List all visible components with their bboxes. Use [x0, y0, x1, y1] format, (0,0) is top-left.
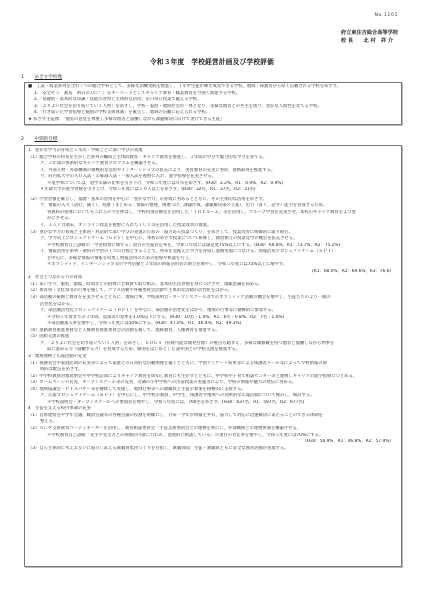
- section-1-heading: 1 めざす学校像: [21, 74, 62, 80]
- vision-line: ★ めざす生徒像：「他者の意見を尊重し多様な他者と協働しながら課題解決に向けて実…: [25, 117, 401, 124]
- page-title: 令和３年度 学校経営計画及び学校評価: [0, 56, 424, 66]
- section-1-label: めざす学校像: [34, 75, 62, 80]
- section-2-box: 1 豊かな学力の育成と１年次・学期ごとに深い学びの実現（1）総合学科の特長を生か…: [24, 145, 402, 567]
- section-1-box: ■ 工業・商業系列を含む７つの総合学科として、多様な訓練実践を推進し、１年中生徒…: [24, 82, 402, 125]
- section-2-heading: 2 中期的目標: [21, 136, 57, 142]
- section-1-number: 1: [21, 75, 33, 80]
- section-2-label: 中期的目標: [34, 137, 57, 142]
- goal-line: 各教科の指導においてもこれらの力を伸ばし、学校特別活動室を活用した「ＴＲＹルーム…: [25, 210, 401, 217]
- school-name: 府立東住吉総合高等学校: [341, 29, 398, 37]
- principal-name: 校 長 北 村 祥 介: [341, 37, 398, 45]
- school-info: 府立東住吉総合高等学校 校 長 北 村 祥 介: [341, 29, 398, 45]
- document-number: No.1101: [374, 13, 398, 18]
- section-2-number: 2: [21, 137, 33, 142]
- goal-line: （3）自ら主体的に考えお互いに協力しあえる教職員集団づくりを目指し、教職員間、生…: [25, 446, 401, 453]
